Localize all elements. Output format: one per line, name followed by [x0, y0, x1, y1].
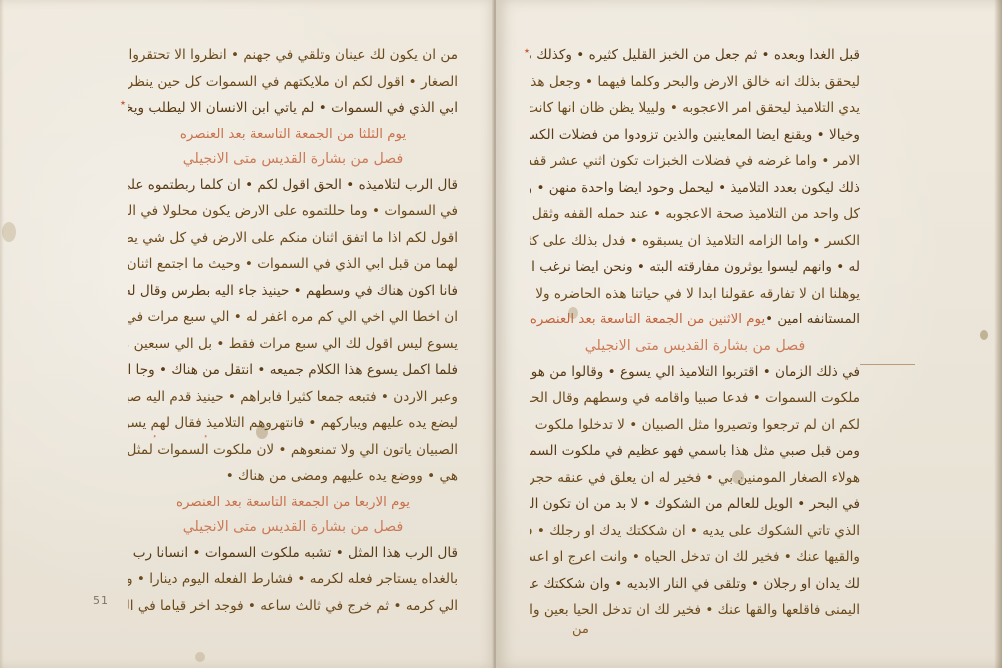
catchword: من — [572, 622, 589, 637]
text-line: قال الرب هذا المثل • تشبه ملكوت السموات … — [128, 540, 458, 567]
text-line: كل واحد من التلاميذ صحة الاعجوبه • عند ح… — [530, 201, 860, 228]
rubric-lesson-title: فصل من بشارة القديس متى الانجيلي — [128, 515, 458, 540]
margin-mark: ٭ — [120, 96, 126, 109]
closing-text: المستانفه امين • — [765, 307, 860, 334]
text-line: لهما من قبل ابي الذي في السموات • وحيث م… — [128, 251, 458, 278]
left-page-edge — [0, 0, 4, 668]
text-line: اقول لكم اذا ما اتفق اثنان منكم على الار… — [128, 225, 458, 252]
text-line: اليمنى فاقلعها والقها عنك • فخير لك ان ت… — [530, 597, 860, 624]
text-line: يسوع ليس اقول لك الي سبع مرات فقط • بل ا… — [128, 331, 458, 358]
text-line: ابي الذي في السموات • لم ياتي ابن الانسا… — [128, 95, 458, 122]
text-line: لك يدان او رجلان • وتلقى في النار الابدي… — [530, 571, 860, 598]
stain — [195, 652, 205, 662]
text-line: ليضع يده عليهم ويباركهم • فانتهروهم التل… — [128, 410, 458, 437]
folio-number: 51 — [93, 594, 109, 607]
text-line: الصغار • اقول لكم ان ملايكتهم في السموات… — [128, 69, 458, 96]
text-line: بالغداه يستاجر فعله لكرمه • فشارط الفعله… — [128, 566, 458, 593]
text-line: الصبيان ياتون الي ولا تمنعوهم • لان ملكو… — [128, 437, 458, 464]
text-line: ملكوت السموات • فدعا صبيا واقامه في وسطه… — [530, 385, 860, 412]
text-line: الي كرمه • ثم خرج في ثالث ساعه • فوجد اخ… — [128, 593, 458, 620]
text-line: في ذلك الزمان • اقتربوا التلاميذ الي يسو… — [530, 359, 860, 386]
text-line: قال الرب لتلاميذه • الحق اقول لكم • ان ك… — [128, 172, 458, 199]
margin-mark: ٭ — [524, 44, 530, 57]
extended-stroke — [860, 364, 915, 365]
text-line: فلما اكمل يسوع هذا الكلام جميعه • انتقل … — [128, 357, 458, 384]
text-line: يوهلنا ان لا تفارقه عقولنا ابدا لا في حي… — [530, 281, 860, 308]
text-line: ان اخطا الي اخي الي كم مره اغفر له • الي… — [128, 304, 458, 331]
rubric-day-heading: يوم الاربعا من الجمعة التاسعة بعد العنصر… — [128, 490, 458, 515]
text-line: الذي تاتي الشكوك على يديه • ان شككتك يدك… — [530, 518, 860, 545]
text-line: فانا اكون هناك في وسطهم • حينيذ جاء اليه… — [128, 278, 458, 305]
text-line: والقيها عنك • فخير لك ان تدخل الحياه • و… — [530, 544, 860, 571]
text-line: ليحقق بذلك انه خالق الارض والبحر وكلما ف… — [530, 69, 860, 96]
rubric-day-heading: يوم الثلثا من الجمعة التاسعة بعد العنصره — [128, 122, 458, 147]
stain — [980, 330, 988, 340]
text-line: يدي التلاميذ ليحقق امر الاعجوبه • ولييلا… — [530, 95, 860, 122]
left-page-text: من ان يكون لك عينان وتلقي في جهنم • انظر… — [128, 42, 458, 619]
left-page: من ان يكون لك عينان وتلقي في جهنم • انظر… — [0, 0, 496, 668]
rubric-day-heading: يوم الاثنين من الجمعة التاسعة بعد العنصر… — [530, 307, 765, 334]
right-page-text: قبل الغدا وبعده • ثم جعل من الخبز القليل… — [530, 42, 860, 624]
text-line: قبل الغدا وبعده • ثم جعل من الخبز القليل… — [530, 42, 860, 69]
text-line: الكسر • واما الزامه التلاميذ ان يسبقوه •… — [530, 228, 860, 255]
rubric-lesson-title: فصل من بشارة القديس متى الانجيلي — [530, 334, 860, 359]
text-line: هي • ووضع يده عليهم ومضى من هناك • — [128, 463, 458, 490]
text-line: الامر • واما غرضه في فضلات الخبزات تكون … — [530, 148, 860, 175]
text-line: لكم ان لم ترجعوا وتصيروا مثل الصبيان • ل… — [530, 412, 860, 439]
text-line: من ان يكون لك عينان وتلقي في جهنم • انظر… — [128, 42, 458, 69]
rubric-lesson-title: فصل من بشارة القديس متى الانجيلي — [128, 147, 458, 172]
manuscript-spread: من ان يكون لك عينان وتلقي في جهنم • انظر… — [0, 0, 1002, 668]
text-line: ومن قبل صبي مثل هذا باسمي فهو عظيم في مل… — [530, 438, 860, 465]
text-line: وخيالا • ويقنع ايضا المعاينين والذين تزو… — [530, 122, 860, 149]
text-line: في السموات • وما حللتموه على الارض يكون … — [128, 198, 458, 225]
text-line: له • وانهم ليسوا يوثرون مفارقته البته • … — [530, 254, 860, 281]
right-page-edge — [994, 0, 1002, 668]
stain — [2, 222, 16, 242]
text-line: وعبر الاردن • فتبعه جمعا كثيرا فابراهم •… — [128, 384, 458, 411]
text-line: ذلك ليكون بعدد التلاميذ • ليحمل وحود ايض… — [530, 175, 860, 202]
text-line: في البحر • الويل للعالم من الشكوك • لا ب… — [530, 491, 860, 518]
text-line: هولاء الصغار المومنين بي • فخير له ان يع… — [530, 465, 860, 492]
closing-line-with-rubric: المستانفه امين • يوم الاثنين من الجمعة ا… — [530, 307, 860, 334]
